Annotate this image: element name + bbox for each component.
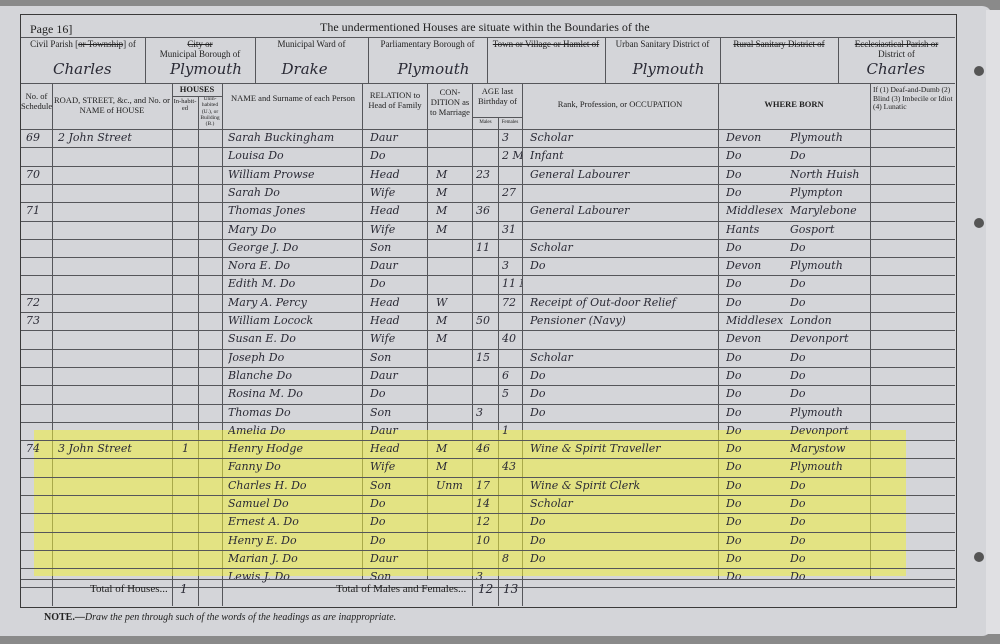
district-label-struck: Town or Village or Hamlet of bbox=[487, 40, 605, 50]
cell-name: Nora E. Do bbox=[228, 259, 360, 272]
table-row: Rosina M. DoDo5DoDoDo bbox=[21, 386, 955, 404]
cell-road: 2 John Street bbox=[58, 131, 170, 144]
district-value: Plymouth bbox=[170, 60, 242, 78]
total-females-value: 13 bbox=[503, 582, 518, 596]
cell-condition: M bbox=[436, 186, 470, 199]
punch-hole bbox=[974, 552, 984, 562]
cell-occupation: Do bbox=[530, 369, 716, 382]
table-row: Fanny DoWifeM43DoPlymouth bbox=[21, 459, 955, 477]
col-line bbox=[145, 38, 146, 83]
district-cell: Rural Sanitary District of bbox=[720, 40, 838, 50]
table-row: 70William ProwseHeadM23General LabourerD… bbox=[21, 167, 955, 185]
cell-relation: Do bbox=[370, 277, 425, 290]
cell-born-county: Do bbox=[726, 552, 786, 565]
district-label: Municipal Ward of bbox=[255, 40, 368, 50]
cell-name: Louisa Do bbox=[228, 149, 360, 162]
cell-name: Lewis J. Do bbox=[228, 570, 360, 583]
cell-born-county: Do bbox=[726, 515, 786, 528]
cell-born-county: Do bbox=[726, 369, 786, 382]
cell-born-place: Do bbox=[790, 570, 870, 583]
cell-relation: Head bbox=[370, 296, 425, 309]
cell-occupation: Wine & Spirit Clerk bbox=[530, 479, 716, 492]
table-row: 743 John Street1Henry HodgeHeadM46Wine &… bbox=[21, 441, 955, 459]
total-houses-value: 1 bbox=[180, 582, 188, 596]
col-header-name: NAME and Surname of each Person bbox=[226, 94, 360, 104]
cell-born-county: Middlesex bbox=[726, 204, 786, 217]
cell-born-place: Do bbox=[790, 149, 870, 162]
cell-born-county: Do bbox=[726, 186, 786, 199]
cell-name: Blanche Do bbox=[228, 369, 360, 382]
cell-female-age: 27 bbox=[502, 186, 522, 199]
cell-relation: Head bbox=[370, 442, 425, 455]
district-cell: Parliamentary Borough of bbox=[368, 40, 487, 50]
col-header-age: AGE last Birthday of bbox=[473, 87, 522, 107]
col-line bbox=[255, 38, 256, 83]
cell-relation: Head bbox=[370, 204, 425, 217]
col-header-houses: HOUSES bbox=[172, 85, 222, 95]
district-cell: City orMunicipal Borough of bbox=[145, 40, 255, 60]
cell-born-county: Do bbox=[726, 570, 786, 583]
cell-born-county: Devon bbox=[726, 131, 786, 144]
cell-name: Charles H. Do bbox=[228, 479, 360, 492]
cell-name: Sarah Buckingham bbox=[228, 131, 360, 144]
cell-born-place: Do bbox=[790, 497, 870, 510]
cell-occupation: Infant bbox=[530, 149, 716, 162]
cell-relation: Daur bbox=[370, 424, 425, 437]
cell-born-county: Do bbox=[726, 442, 786, 455]
cell-condition: M bbox=[436, 332, 470, 345]
cell-relation: Son bbox=[370, 570, 425, 583]
punch-hole bbox=[974, 66, 984, 76]
note-text: Draw the pen through such of the words o… bbox=[85, 612, 396, 623]
cell-born-place: Do bbox=[790, 241, 870, 254]
col-line bbox=[720, 38, 721, 83]
cell-born-county: Do bbox=[726, 168, 786, 181]
cell-born-county: Do bbox=[726, 351, 786, 364]
col-header-relation: RELATION to Head of Family bbox=[363, 91, 427, 111]
cell-born-county: Do bbox=[726, 241, 786, 254]
cell-female-age: 11 Mo bbox=[502, 277, 522, 290]
divider bbox=[21, 37, 955, 38]
cell-relation: Head bbox=[370, 168, 425, 181]
district-label: District of bbox=[838, 50, 955, 60]
col-header-where-born: WHERE BORN bbox=[720, 100, 868, 110]
district-value: Plymouth bbox=[398, 60, 470, 78]
cell-born-place: Plymouth bbox=[790, 460, 870, 473]
cell-relation: Wife bbox=[370, 332, 425, 345]
district-value: Charles bbox=[867, 60, 926, 78]
cell-born-place: Do bbox=[790, 515, 870, 528]
cell-female-age: 6 bbox=[502, 369, 522, 382]
cell-female-age: 1 bbox=[502, 424, 522, 437]
col-header-occupation: Rank, Profession, or OCCUPATION bbox=[525, 100, 715, 110]
note-prefix: NOTE.— bbox=[44, 612, 85, 623]
cell-born-place: Plymouth bbox=[790, 131, 870, 144]
cell-born-place: Do bbox=[790, 534, 870, 547]
cell-female-age: 72 bbox=[502, 296, 522, 309]
cell-name: Joseph Do bbox=[228, 351, 360, 364]
cell-name: Marian J. Do bbox=[228, 552, 360, 565]
cell-female-age: 8 bbox=[502, 552, 522, 565]
cell-relation: Son bbox=[370, 479, 425, 492]
table-row: 72Mary A. PercyHeadW72Receipt of Out-doo… bbox=[21, 295, 955, 313]
cell-condition: M bbox=[436, 314, 470, 327]
cell-born-county: Do bbox=[726, 479, 786, 492]
col-header-infirmity: If (1) Deaf-and-Dumb (2) Blind (3) Imbec… bbox=[873, 86, 953, 112]
cell-born-place: Devonport bbox=[790, 332, 870, 345]
divider bbox=[172, 96, 222, 97]
page-title: The undermentioned Houses are situate wi… bbox=[320, 20, 650, 35]
district-label-end: ] of bbox=[123, 39, 136, 49]
cell-male-age: 23 bbox=[476, 168, 498, 181]
col-header-males: Males bbox=[473, 120, 498, 126]
cell-occupation: Scholar bbox=[530, 131, 716, 144]
table-row: Joseph DoSon15ScholarDoDo bbox=[21, 350, 955, 368]
table-row: George J. DoSon11ScholarDoDo bbox=[21, 240, 955, 258]
district-label: Municipal Borough of bbox=[145, 50, 255, 60]
cell-condition: M bbox=[436, 442, 470, 455]
cell-name: Sarah Do bbox=[228, 186, 360, 199]
table-row: Susan E. DoWifeM40DevonDevonport bbox=[21, 331, 955, 349]
cell-schedule: 73 bbox=[26, 314, 50, 327]
cell-male-age: 11 bbox=[476, 241, 498, 254]
cell-condition: M bbox=[436, 204, 470, 217]
cell-name: Rosina M. Do bbox=[228, 387, 360, 400]
cell-female-age: 3 bbox=[502, 259, 522, 272]
cell-born-place: North Huish bbox=[790, 168, 870, 181]
cell-name: Ernest A. Do bbox=[228, 515, 360, 528]
cell-born-place: Plymouth bbox=[790, 406, 870, 419]
cell-born-place: Do bbox=[790, 351, 870, 364]
cell-occupation: Pensioner (Navy) bbox=[530, 314, 716, 327]
cell-born-place: Gosport bbox=[790, 223, 870, 236]
table-row: Marian J. DoDaur8DoDoDo bbox=[21, 551, 955, 569]
cell-occupation: Do bbox=[530, 387, 716, 400]
cell-occupation: General Labourer bbox=[530, 204, 716, 217]
table-row: Ernest A. DoDo12DoDoDo bbox=[21, 514, 955, 532]
table-row: Amelia DoDaur1DoDevonport bbox=[21, 423, 955, 441]
cell-male-age: 50 bbox=[476, 314, 498, 327]
cell-born-county: Do bbox=[726, 534, 786, 547]
cell-relation: Do bbox=[370, 149, 425, 162]
cell-male-age: 14 bbox=[476, 497, 498, 510]
table-row: Charles H. DoSonUnm17Wine & Spirit Clerk… bbox=[21, 478, 955, 496]
cell-schedule: 74 bbox=[26, 442, 50, 455]
district-label: Parliamentary Borough of bbox=[368, 40, 487, 50]
district-label-struck: or Township bbox=[78, 39, 123, 49]
cell-occupation: Scholar bbox=[530, 241, 716, 254]
cell-relation: Head bbox=[370, 314, 425, 327]
cell-born-place: Marystow bbox=[790, 442, 870, 455]
cell-condition: M bbox=[436, 168, 470, 181]
cell-name: Edith M. Do bbox=[228, 277, 360, 290]
cell-relation: Son bbox=[370, 241, 425, 254]
cell-born-county: Middlesex bbox=[726, 314, 786, 327]
cell-born-county: Do bbox=[726, 424, 786, 437]
district-cell: Town or Village or Hamlet of bbox=[487, 40, 605, 50]
col-line bbox=[838, 38, 839, 83]
district-value: Plymouth bbox=[633, 60, 705, 78]
cell-born-county: Do bbox=[726, 387, 786, 400]
cell-condition: M bbox=[436, 460, 470, 473]
cell-condition: M bbox=[436, 223, 470, 236]
punch-hole bbox=[974, 218, 984, 228]
cell-name: William Prowse bbox=[228, 168, 360, 181]
cell-born-place: Do bbox=[790, 387, 870, 400]
district-value: Charles bbox=[53, 60, 112, 78]
cell-born-place: Devonport bbox=[790, 424, 870, 437]
cell-inhabited: 1 bbox=[182, 442, 196, 455]
col-header-inhabited: In-habit-ed bbox=[172, 98, 198, 113]
cell-name: Samuel Do bbox=[228, 497, 360, 510]
cell-born-place: Marylebone bbox=[790, 204, 870, 217]
table-row: Nora E. DoDaur3DoDevonPlymouth bbox=[21, 258, 955, 276]
cell-condition: Unm bbox=[436, 479, 470, 492]
cell-male-age: 10 bbox=[476, 534, 498, 547]
divider bbox=[21, 83, 955, 84]
table-row: Louisa DoDo2 MoInfantDoDo bbox=[21, 148, 955, 166]
cell-schedule: 69 bbox=[26, 131, 50, 144]
cell-occupation: Scholar bbox=[530, 497, 716, 510]
cell-schedule: 72 bbox=[26, 296, 50, 309]
cell-occupation: Scholar bbox=[530, 351, 716, 364]
page-number: Page 16] bbox=[30, 22, 72, 37]
col-header-uninhabited: Unin-habited (U.), or Building (B.) bbox=[198, 96, 222, 128]
cell-relation: Wife bbox=[370, 186, 425, 199]
divider bbox=[21, 579, 955, 580]
cell-born-place: Plympton bbox=[790, 186, 870, 199]
cell-born-county: Hants bbox=[726, 223, 786, 236]
col-header-females: Females bbox=[498, 120, 522, 126]
cell-relation: Son bbox=[370, 406, 425, 419]
cell-relation: Daur bbox=[370, 259, 425, 272]
district-cell: Ecclesiastical Parish orDistrict of bbox=[838, 40, 955, 60]
cell-occupation: General Labourer bbox=[530, 168, 716, 181]
cell-male-age: 36 bbox=[476, 204, 498, 217]
cell-name: Susan E. Do bbox=[228, 332, 360, 345]
table-row: Henry E. DoDo10DoDoDo bbox=[21, 533, 955, 551]
cell-born-place: London bbox=[790, 314, 870, 327]
cell-born-county: Do bbox=[726, 149, 786, 162]
cell-born-place: Do bbox=[790, 296, 870, 309]
total-males-value: 12 bbox=[478, 582, 493, 596]
cell-female-age: 2 Mo bbox=[502, 149, 522, 162]
cell-name: Mary A. Percy bbox=[228, 296, 360, 309]
cell-name: William Locock bbox=[228, 314, 360, 327]
cell-female-age: 5 bbox=[502, 387, 522, 400]
cell-schedule: 70 bbox=[26, 168, 50, 181]
cell-occupation: Do bbox=[530, 534, 716, 547]
cell-born-place: Do bbox=[790, 369, 870, 382]
cell-name: Mary Do bbox=[228, 223, 360, 236]
district-label-struck: Rural Sanitary District of bbox=[720, 40, 838, 50]
cell-name: Thomas Jones bbox=[228, 204, 360, 217]
cell-relation: Do bbox=[370, 515, 425, 528]
footnote: NOTE.—Draw the pen through such of the w… bbox=[44, 612, 396, 623]
cell-born-county: Devon bbox=[726, 259, 786, 272]
cell-male-age: 15 bbox=[476, 351, 498, 364]
cell-female-age: 43 bbox=[502, 460, 522, 473]
cell-condition: W bbox=[436, 296, 470, 309]
cell-born-place: Do bbox=[790, 479, 870, 492]
cell-name: Fanny Do bbox=[228, 460, 360, 473]
cell-road: 3 John Street bbox=[58, 442, 170, 455]
cell-relation: Do bbox=[370, 497, 425, 510]
cell-born-county: Do bbox=[726, 497, 786, 510]
cell-male-age: 12 bbox=[476, 515, 498, 528]
cell-occupation: Do bbox=[530, 406, 716, 419]
col-line bbox=[368, 38, 369, 83]
col-header-condition: CON-DITION as to Marriage bbox=[428, 88, 472, 117]
district-cell: Civil Parish [or Township] of bbox=[21, 40, 145, 50]
cell-relation: Son bbox=[370, 351, 425, 364]
district-value: Drake bbox=[282, 60, 328, 78]
cell-born-place: Do bbox=[790, 552, 870, 565]
cell-occupation: Wine & Spirit Traveller bbox=[530, 442, 716, 455]
cell-relation: Do bbox=[370, 534, 425, 547]
table-row: Blanche DoDaur6DoDoDo bbox=[21, 368, 955, 386]
cell-relation: Daur bbox=[370, 131, 425, 144]
district-cell: Urban Sanitary District of bbox=[605, 40, 720, 50]
col-line bbox=[605, 38, 606, 83]
cell-born-county: Do bbox=[726, 460, 786, 473]
cell-name: Henry Hodge bbox=[228, 442, 360, 455]
cell-occupation: Do bbox=[530, 515, 716, 528]
cell-born-county: Do bbox=[726, 406, 786, 419]
cell-schedule: 71 bbox=[26, 204, 50, 217]
cell-male-age: 17 bbox=[476, 479, 498, 492]
district-label: Urban Sanitary District of bbox=[605, 40, 720, 50]
cell-relation: Daur bbox=[370, 369, 425, 382]
cell-relation: Daur bbox=[370, 552, 425, 565]
cell-name: Henry E. Do bbox=[228, 534, 360, 547]
cell-born-county: Do bbox=[726, 296, 786, 309]
cell-female-age: 40 bbox=[502, 332, 522, 345]
table-row: 692 John StreetSarah BuckinghamDaur3Scho… bbox=[21, 130, 955, 148]
cell-name: George J. Do bbox=[228, 241, 360, 254]
table-row: Samuel DoDo14ScholarDoDo bbox=[21, 496, 955, 514]
col-header-road: ROAD, STREET, &c., and No. or NAME of HO… bbox=[54, 96, 170, 116]
cell-female-age: 3 bbox=[502, 131, 522, 144]
col-header-schedule: No. of Schedule bbox=[21, 92, 52, 112]
cell-male-age: 3 bbox=[476, 406, 498, 419]
cell-relation: Do bbox=[370, 387, 425, 400]
cell-born-place: Do bbox=[790, 277, 870, 290]
divider bbox=[472, 117, 522, 118]
district-label: Civil Parish [ bbox=[30, 39, 78, 49]
table-row: 71Thomas JonesHeadM36General LabourerMid… bbox=[21, 203, 955, 221]
cell-female-age: 31 bbox=[502, 223, 522, 236]
table-row: Mary DoWifeM31HantsGosport bbox=[21, 222, 955, 240]
cell-occupation: Do bbox=[530, 552, 716, 565]
cell-born-county: Devon bbox=[726, 332, 786, 345]
cell-occupation: Do bbox=[530, 259, 716, 272]
table-row: Sarah DoWifeM27DoPlympton bbox=[21, 185, 955, 203]
table-row: 73William LocockHeadM50Pensioner (Navy)M… bbox=[21, 313, 955, 331]
cell-occupation: Receipt of Out-door Relief bbox=[530, 296, 716, 309]
cell-relation: Wife bbox=[370, 223, 425, 236]
page-edge bbox=[986, 10, 1000, 634]
cell-born-place: Plymouth bbox=[790, 259, 870, 272]
total-persons-label: Total of Males and Females... bbox=[336, 583, 466, 595]
cell-name: Thomas Do bbox=[228, 406, 360, 419]
cell-born-county: Do bbox=[726, 277, 786, 290]
district-cell: Municipal Ward of bbox=[255, 40, 368, 50]
col-line bbox=[487, 38, 488, 83]
total-houses-label: Total of Houses... bbox=[90, 583, 168, 595]
cell-relation: Wife bbox=[370, 460, 425, 473]
cell-male-age: 46 bbox=[476, 442, 498, 455]
cell-name: Amelia Do bbox=[228, 424, 360, 437]
table-row: Edith M. DoDo11 MoDoDo bbox=[21, 276, 955, 294]
table-row: Thomas DoSon3DoDoPlymouth bbox=[21, 405, 955, 423]
